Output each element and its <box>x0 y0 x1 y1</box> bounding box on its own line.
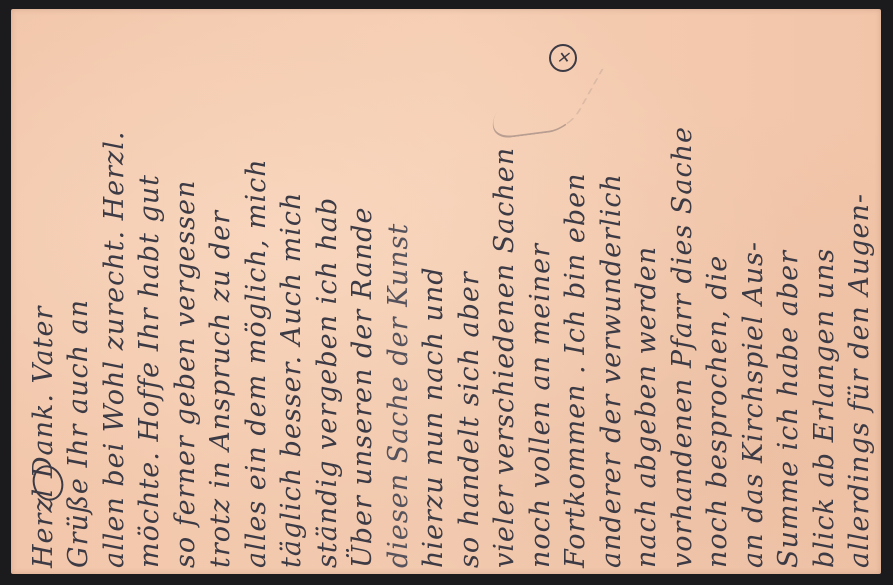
handwritten-line: Summe ich habe aber <box>775 250 802 568</box>
handwritten-line: Über unseren der Rande <box>349 207 376 568</box>
handwritten-line: vieler verschiedenen Sachen <box>491 147 518 568</box>
faint-postmark-stamp <box>480 69 604 142</box>
handwritten-line: alles ein dem möglich, mich <box>243 158 270 568</box>
handwritten-line: an das Kirchspiel Aus- <box>740 241 767 568</box>
handwritten-line: täglich besser. Auch mich <box>278 192 305 568</box>
postcard-card: ✕ allerdings für den Augen- blick ab Erl… <box>11 9 881 574</box>
handwritten-line: hierzu nun nach und <box>420 267 447 569</box>
handwritten-line: trotz in Anspruch zu der <box>207 210 234 568</box>
handwritten-line: allerdings für den Augen- <box>846 193 873 568</box>
handwritten-line: ständig vergeben ich hab <box>314 197 341 568</box>
handwritten-line: noch besprochen, die <box>704 255 731 568</box>
circled-cross-mark: ✕ <box>549 44 577 72</box>
handwritten-line: Grüße Ihr auch an <box>65 299 92 568</box>
handwritten-line: noch vollen an meiner <box>527 243 554 568</box>
handwritten-line: anderer der verwunderlich <box>598 173 625 568</box>
scanned-postcard: ✕ allerdings für den Augen- blick ab Erl… <box>0 0 893 585</box>
handwritten-line: vorhandenen Pfarr dies Sache <box>669 126 696 568</box>
handwritten-line: Herzl Dank. Vater <box>30 306 57 568</box>
handwritten-line: diesen Sache der Kunst <box>385 223 412 568</box>
handwritten-line: so ferner geben vergessen <box>172 180 199 568</box>
handwritten-line: möchte. Hoffe Ihr habt gut <box>136 174 163 568</box>
handwritten-line: nach abgeben werden <box>633 246 660 568</box>
handwritten-line: allen bei Wohl zurecht. Herzl. <box>101 131 128 568</box>
handwritten-line: Fortkommen . Ich bin eben <box>562 173 589 569</box>
handwritten-line: blick ab Erlangen uns <box>811 248 838 568</box>
handwritten-line: so handelt sich aber <box>456 271 483 568</box>
